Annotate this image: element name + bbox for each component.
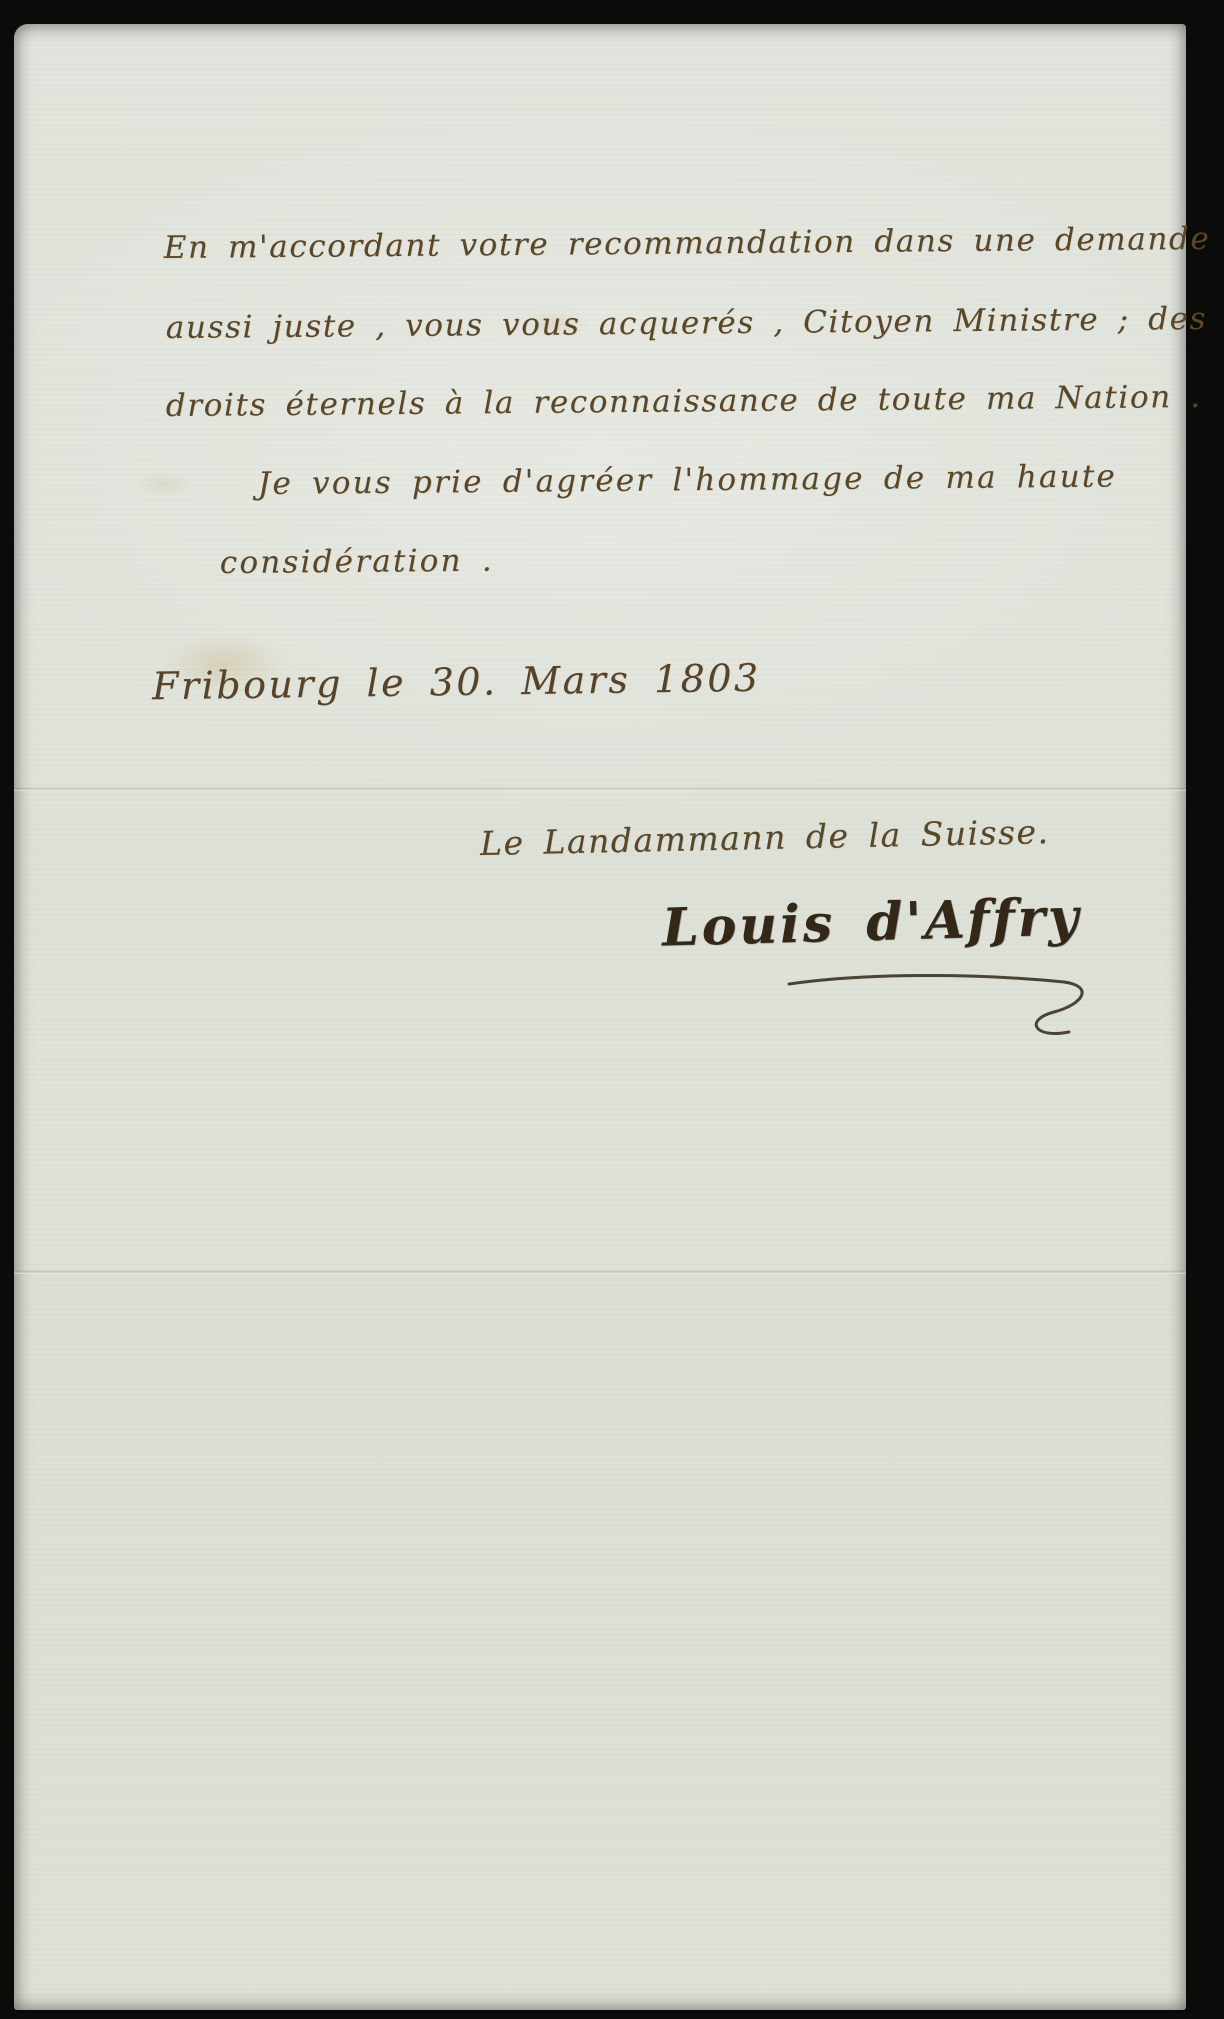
fold-crease-upper xyxy=(14,787,1186,791)
letter-line-4: Je vous prie d'agréer l'hommage de ma ha… xyxy=(258,459,1117,502)
letter-page: En m'accordant votre recommandation dans… xyxy=(14,24,1186,2010)
letter-line-3: droits éternels à la reconnaissance de t… xyxy=(166,379,1202,424)
scan-background: En m'accordant votre recommandation dans… xyxy=(0,0,1224,2019)
letter-line-1: En m'accordant votre recommandation dans… xyxy=(164,221,1211,266)
signature-flourish xyxy=(784,954,1104,1044)
letter-closing: Le Landammann de la Suisse. xyxy=(480,812,1050,863)
letter-line-5: considération . xyxy=(220,543,494,581)
letter-dateline: Fribourg le 30. Mars 1803 xyxy=(152,656,761,708)
fold-crease-lower xyxy=(14,1270,1186,1274)
letter-line-2: aussi juste , vous vous acquerés , Citoy… xyxy=(166,301,1208,346)
signature: Louis d'Affry xyxy=(661,887,1082,959)
